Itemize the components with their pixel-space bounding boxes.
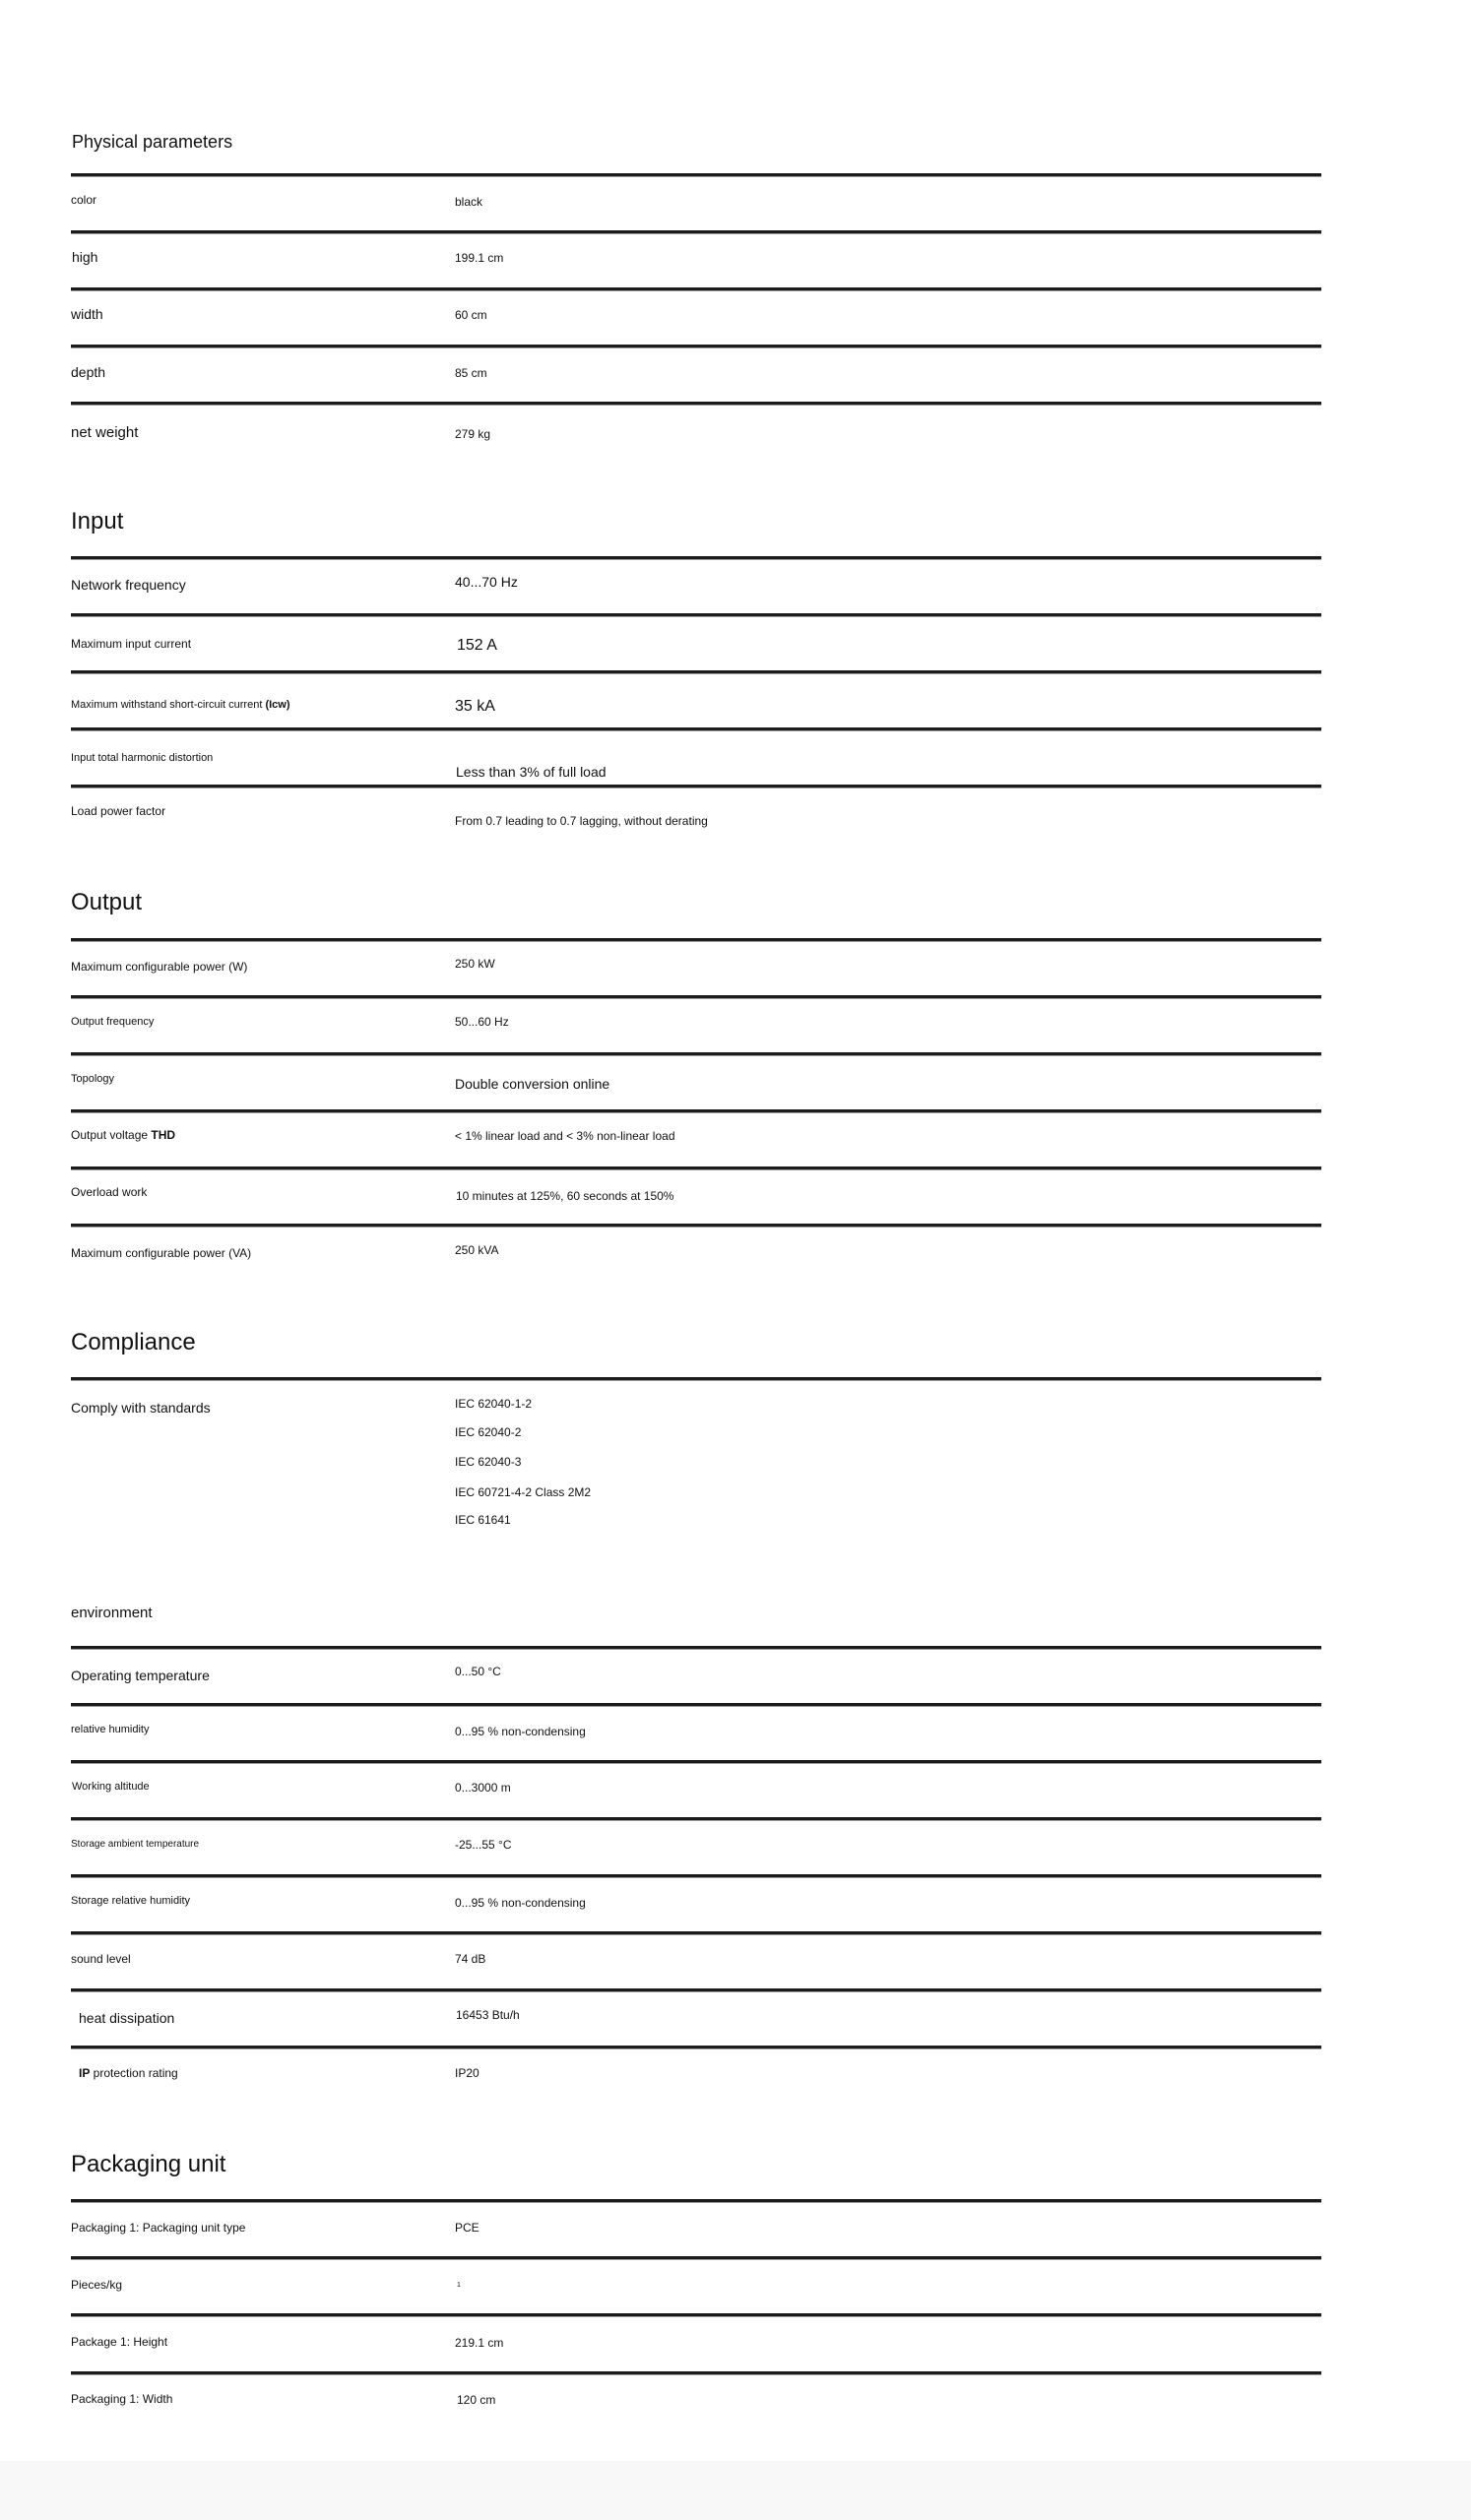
divider bbox=[71, 1703, 1321, 1706]
spec-label: Topology bbox=[71, 1073, 114, 1085]
spec-label: Storage ambient temperature bbox=[71, 1839, 199, 1850]
spec-label-bold: THD bbox=[151, 1128, 175, 1142]
divider bbox=[71, 1224, 1321, 1227]
spec-value: 219.1 cm bbox=[455, 2336, 503, 2350]
section-title-output: Output bbox=[71, 889, 142, 916]
spec-value: 85 cm bbox=[455, 366, 487, 380]
spec-value: 120 cm bbox=[457, 2393, 495, 2407]
spec-label: Working altitude bbox=[72, 1781, 150, 1793]
spec-value: 60 cm bbox=[455, 308, 487, 322]
spec-label: relative humidity bbox=[71, 1724, 149, 1735]
standard-item: IEC 60721-4-2 Class 2M2 bbox=[455, 1485, 591, 1499]
spec-label-bold: IP bbox=[79, 2066, 90, 2080]
spec-value: 40...70 Hz bbox=[455, 574, 518, 590]
standard-item: IEC 62040-2 bbox=[455, 1425, 521, 1439]
standard-item: IEC 62040-1-2 bbox=[455, 1397, 532, 1411]
divider bbox=[71, 556, 1321, 559]
divider bbox=[71, 1874, 1321, 1877]
spec-value: < 1% linear load and < 3% non-linear loa… bbox=[455, 1129, 675, 1143]
divider bbox=[71, 1931, 1321, 1934]
divider bbox=[71, 2199, 1321, 2202]
page-bottom-band bbox=[0, 2461, 1471, 2520]
spec-label-text: Output voltage bbox=[71, 1128, 151, 1142]
spec-label-text: protection rating bbox=[90, 2066, 177, 2080]
spec-label: Maximum configurable power (VA) bbox=[71, 1246, 251, 1260]
spec-label: net weight bbox=[71, 424, 138, 441]
spec-label: Output voltage THD bbox=[71, 1128, 175, 1142]
divider bbox=[71, 287, 1321, 290]
spec-label: Packaging 1: Width bbox=[71, 2392, 172, 2406]
spec-value: 16453 Btu/h bbox=[456, 2008, 520, 2022]
spec-value: From 0.7 leading to 0.7 lagging, without… bbox=[455, 814, 708, 828]
spec-label: Packaging 1: Packaging unit type bbox=[71, 2221, 245, 2235]
section-title-packaging: Packaging unit bbox=[71, 2151, 225, 2178]
spec-label-text: Maximum withstand short-circuit current bbox=[71, 699, 265, 711]
divider bbox=[71, 995, 1321, 998]
divider bbox=[71, 1988, 1321, 1991]
spec-label: heat dissipation bbox=[79, 2010, 174, 2026]
spec-value: Less than 3% of full load bbox=[456, 764, 607, 780]
spec-value: 0...95 % non-condensing bbox=[455, 1896, 586, 1910]
divider bbox=[71, 2256, 1321, 2259]
divider bbox=[71, 785, 1321, 787]
spec-label: high bbox=[72, 249, 97, 265]
divider bbox=[71, 613, 1321, 616]
spec-sheet-page: Physical parameters color black high 199… bbox=[0, 0, 1471, 2461]
divider bbox=[71, 1646, 1321, 1649]
spec-label: Network frequency bbox=[71, 577, 186, 593]
spec-value: Double conversion online bbox=[455, 1076, 609, 1092]
spec-label: Maximum withstand short-circuit current … bbox=[71, 699, 290, 711]
spec-value: 250 kVA bbox=[455, 1243, 498, 1257]
standard-item: IEC 62040-3 bbox=[455, 1455, 521, 1469]
spec-label: Load power factor bbox=[71, 804, 165, 818]
divider bbox=[71, 1760, 1321, 1763]
divider bbox=[71, 727, 1321, 730]
spec-label: color bbox=[71, 193, 96, 207]
spec-value: 0...3000 m bbox=[455, 1781, 511, 1795]
divider bbox=[71, 2313, 1321, 2316]
spec-value: -25...55 °C bbox=[455, 1838, 512, 1852]
divider bbox=[71, 2371, 1321, 2374]
spec-label: Maximum input current bbox=[71, 637, 191, 651]
divider bbox=[71, 173, 1321, 176]
spec-value: black bbox=[455, 195, 482, 209]
spec-label: width bbox=[71, 306, 103, 322]
spec-value: 10 minutes at 125%, 60 seconds at 150% bbox=[456, 1189, 673, 1203]
spec-label: Operating temperature bbox=[71, 1668, 210, 1683]
divider bbox=[71, 2046, 1321, 2048]
spec-value: 0...50 °C bbox=[455, 1665, 501, 1678]
divider bbox=[71, 1166, 1321, 1169]
spec-value: 250 kW bbox=[455, 957, 495, 971]
spec-label: Pieces/kg bbox=[71, 2278, 122, 2292]
spec-label: Input total harmonic distortion bbox=[71, 752, 213, 764]
spec-label: depth bbox=[71, 364, 105, 380]
spec-value: 35 kA bbox=[455, 698, 495, 716]
section-title-input: Input bbox=[71, 508, 123, 535]
spec-label: Output frequency bbox=[71, 1016, 154, 1028]
standard-item: IEC 61641 bbox=[455, 1513, 511, 1527]
divider bbox=[71, 670, 1321, 673]
divider bbox=[71, 345, 1321, 347]
divider bbox=[71, 1817, 1321, 1820]
spec-value: 1 bbox=[457, 2282, 461, 2289]
divider bbox=[71, 1109, 1321, 1112]
spec-label: Storage relative humidity bbox=[71, 1895, 190, 1907]
spec-value: 50...60 Hz bbox=[455, 1015, 509, 1029]
spec-label: sound level bbox=[71, 1952, 131, 1966]
spec-label: IP protection rating bbox=[79, 2066, 178, 2080]
spec-label: Maximum configurable power (W) bbox=[71, 960, 247, 974]
section-title-compliance: Compliance bbox=[71, 1329, 196, 1356]
divider bbox=[71, 938, 1321, 941]
spec-value: PCE bbox=[455, 2221, 480, 2235]
divider bbox=[71, 402, 1321, 405]
spec-value: 74 dB bbox=[455, 1952, 485, 1966]
section-title-environment: environment bbox=[71, 1605, 153, 1621]
spec-label: Package 1: Height bbox=[71, 2335, 167, 2349]
spec-label-bold: (Icw) bbox=[265, 699, 289, 711]
divider bbox=[71, 1052, 1321, 1055]
spec-label: Overload work bbox=[71, 1185, 147, 1199]
spec-value: 279 kg bbox=[455, 427, 490, 441]
section-title-physical: Physical parameters bbox=[72, 132, 232, 153]
spec-value: IP20 bbox=[455, 2066, 480, 2080]
divider bbox=[71, 230, 1321, 233]
spec-value: 0...95 % non-condensing bbox=[455, 1725, 586, 1738]
spec-value: 199.1 cm bbox=[455, 251, 503, 265]
divider bbox=[71, 1377, 1321, 1380]
spec-value: 152 A bbox=[457, 637, 497, 655]
spec-label: Comply with standards bbox=[71, 1400, 211, 1416]
